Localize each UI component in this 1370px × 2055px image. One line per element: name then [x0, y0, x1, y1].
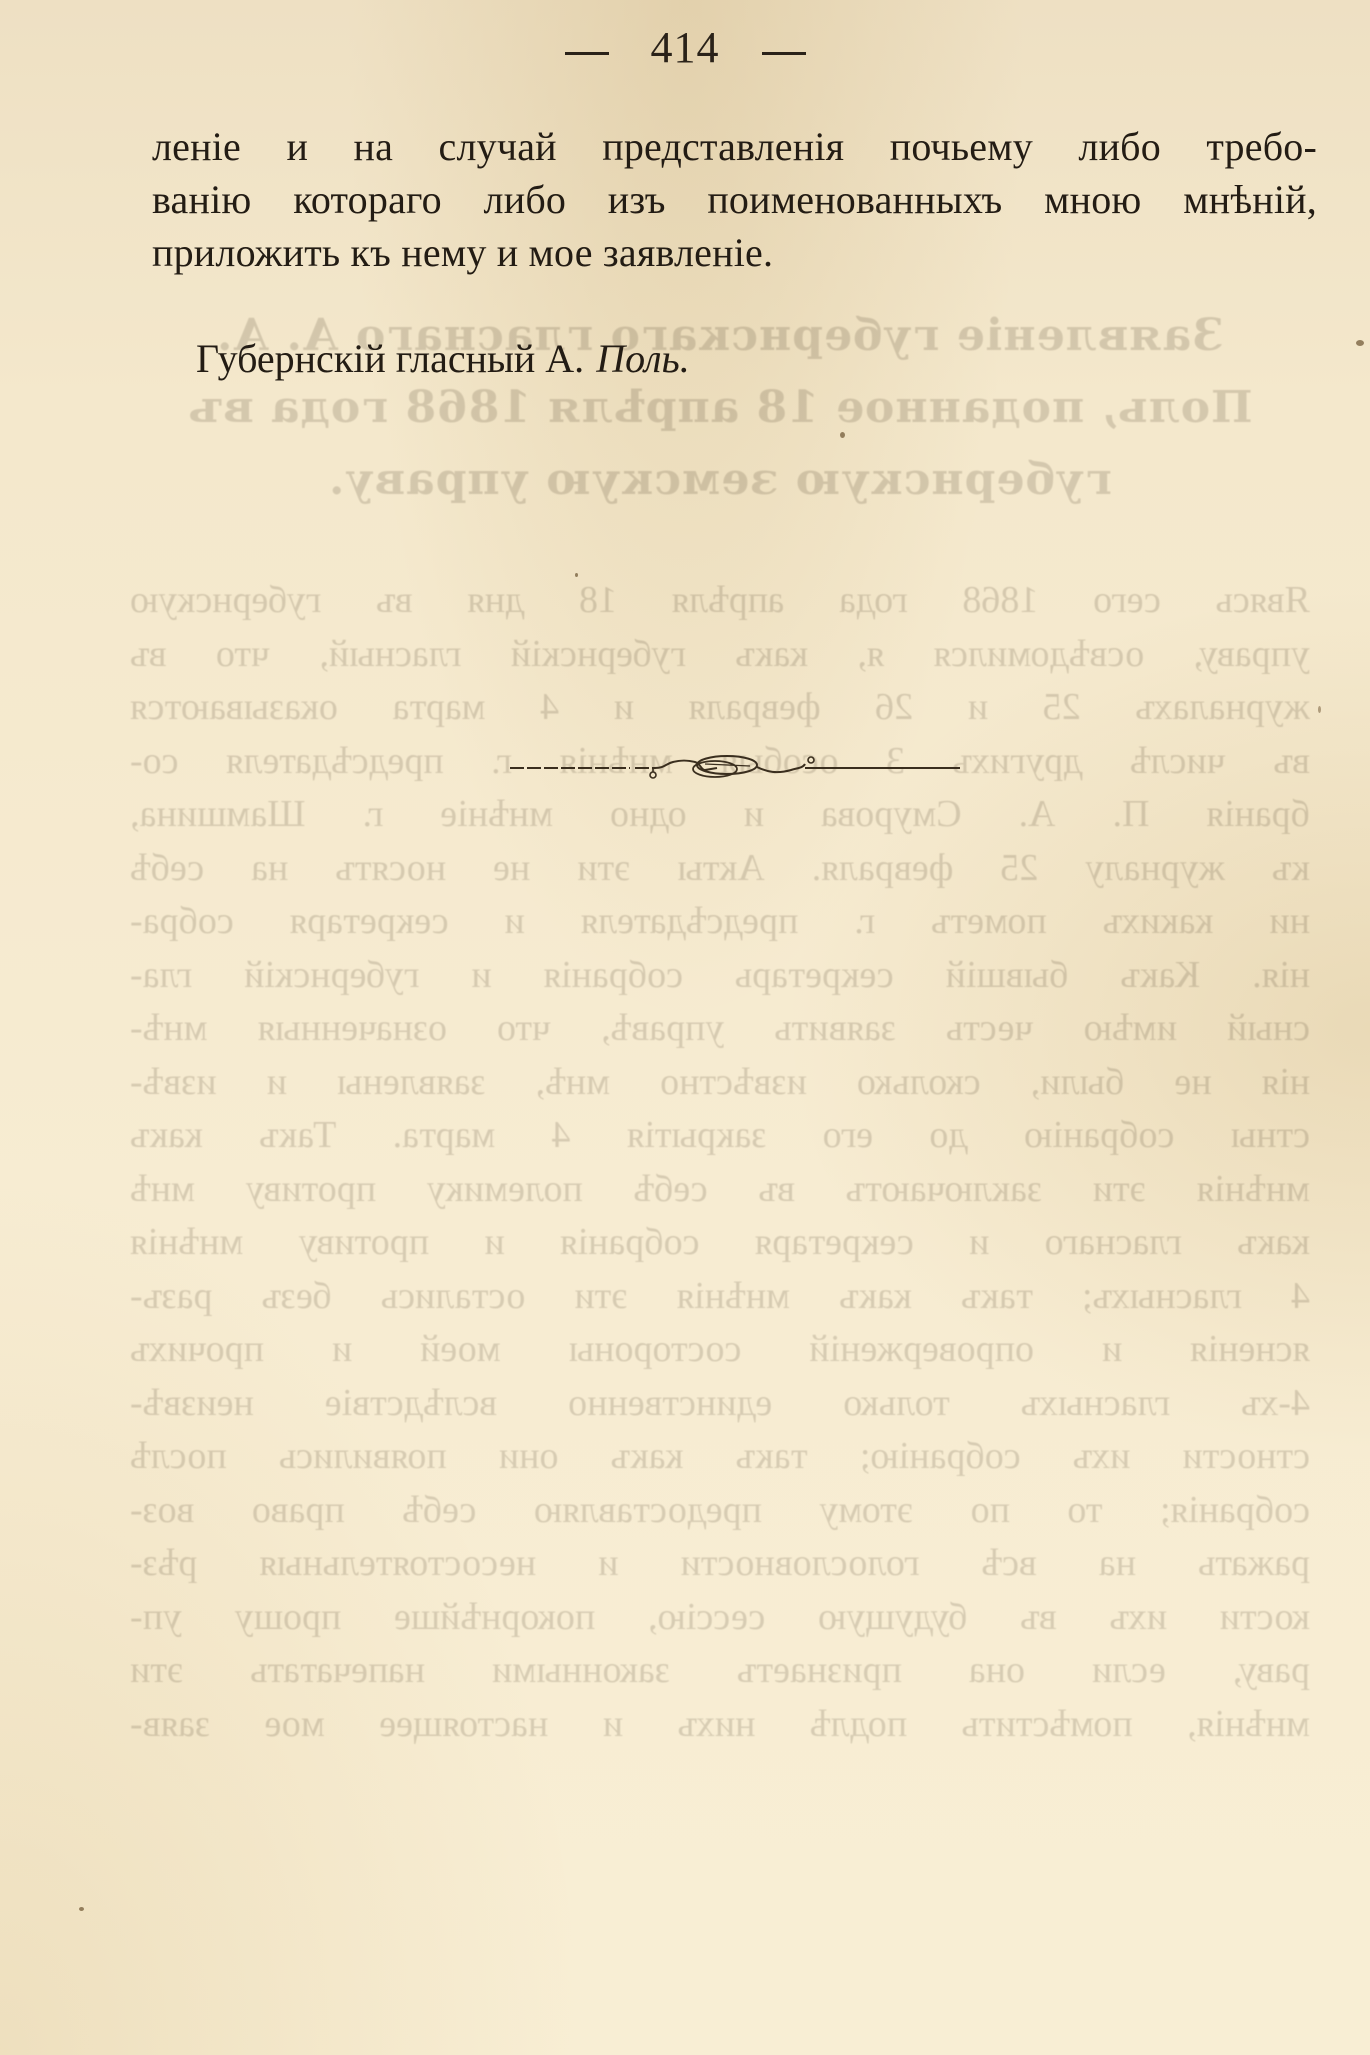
signature-name: Поль.	[596, 336, 690, 381]
bleed-body-line: какъ гласнаго и секретаря собранія и про…	[130, 1216, 1310, 1270]
bleed-body-line: 4 гласныхъ; такъ какъ мнѣнія эти осталис…	[130, 1270, 1310, 1324]
bleed-heading-line: Поль, поданное 18 апрѣля 1868 года въ	[130, 372, 1310, 444]
paper-speck	[575, 573, 578, 577]
bleed-body-line: ражать на всѣ голословности и несостояте…	[130, 1537, 1310, 1591]
paper-speck	[1356, 340, 1364, 346]
bleed-body-line: бранія П. А. Смурова и одно мнѣніе г. Ша…	[130, 788, 1310, 842]
bleed-body-line: управу, освѣдомился я, какъ губернскій г…	[130, 628, 1310, 682]
paragraph-line: ванію котораго либо изъ поименованныхъ м…	[152, 173, 1317, 226]
page-number: 414	[651, 23, 720, 72]
paper-speck	[1318, 706, 1321, 713]
bleed-through-heading: Заявленіе губернскаго гласнаго А. А. Пол…	[130, 300, 1310, 516]
bleed-body-line: кости ихъ въ будущую сессію, покорнѣйше …	[130, 1591, 1310, 1645]
bleed-body-line: къ журналу 25 февраля. Акты эти не носят…	[130, 842, 1310, 896]
scanned-page: Заявленіе губернскаго гласнаго А. А. Пол…	[0, 0, 1370, 2055]
bleed-body-line: собранія; то по этому предоставляю себѣ …	[130, 1484, 1310, 1538]
paper-speck	[840, 432, 845, 438]
bleed-body-line: ясненія и опроверженій состороны моей и …	[130, 1323, 1310, 1377]
ornament-divider-icon	[505, 748, 965, 784]
paragraph-line: приложить къ нему и мое заявленіе.	[152, 226, 1317, 279]
bleed-body-line: журналахъ 25 и 26 февраля и 4 марта оказ…	[130, 681, 1310, 735]
bleed-body-line: нія. Какъ бывшій секретарь собранія и гу…	[130, 949, 1310, 1003]
bleed-body-line: сный имѣю честь заявить управѣ, что озна…	[130, 1002, 1310, 1056]
page-number-header: 414	[0, 22, 1370, 73]
signature-title: Губернскій гласный А.	[196, 336, 584, 381]
bleed-heading-line: губернскую земскую управу.	[130, 444, 1310, 516]
bleed-body-line: 4-хъ гласныхъ только единственно вслѣдст…	[130, 1377, 1310, 1431]
bleed-body-line: ни какихъ пометъ г. предсѣдателя и секре…	[130, 895, 1310, 949]
header-dash-left	[565, 52, 609, 55]
paper-speck	[79, 1907, 84, 1911]
bleed-body-line: раву, если она признаетъ законными напеч…	[130, 1644, 1310, 1698]
bleed-through-text: Заявленіе губернскаго гласнаго А. А. Пол…	[130, 300, 1310, 1751]
bleed-body-line: Явясь сего 1868 года апрѣля 18 дня въ гу…	[130, 574, 1310, 628]
signature-line: Губернскій гласный А.Поль.	[196, 335, 690, 382]
bleed-body-line: нія не были, сколько извѣстно мнѣ, заявл…	[130, 1056, 1310, 1110]
header-dash-right	[762, 52, 806, 55]
bleed-body-line: мнѣнія, помѣстить подлѣ нихъ и настоящее…	[130, 1698, 1310, 1752]
bleed-body-line: стности ихъ собранію; такъ какъ они появ…	[130, 1430, 1310, 1484]
bleed-body-line: мнѣнія эти заключаютъ въ себѣ полемику п…	[130, 1163, 1310, 1217]
paragraph-line: леніе и на случай представленія почьему …	[152, 120, 1317, 173]
body-paragraph: леніе и на случай представленія почьему …	[152, 120, 1317, 279]
bleed-body-line: стны собранію до его закрытія 4 марта. Т…	[130, 1109, 1310, 1163]
